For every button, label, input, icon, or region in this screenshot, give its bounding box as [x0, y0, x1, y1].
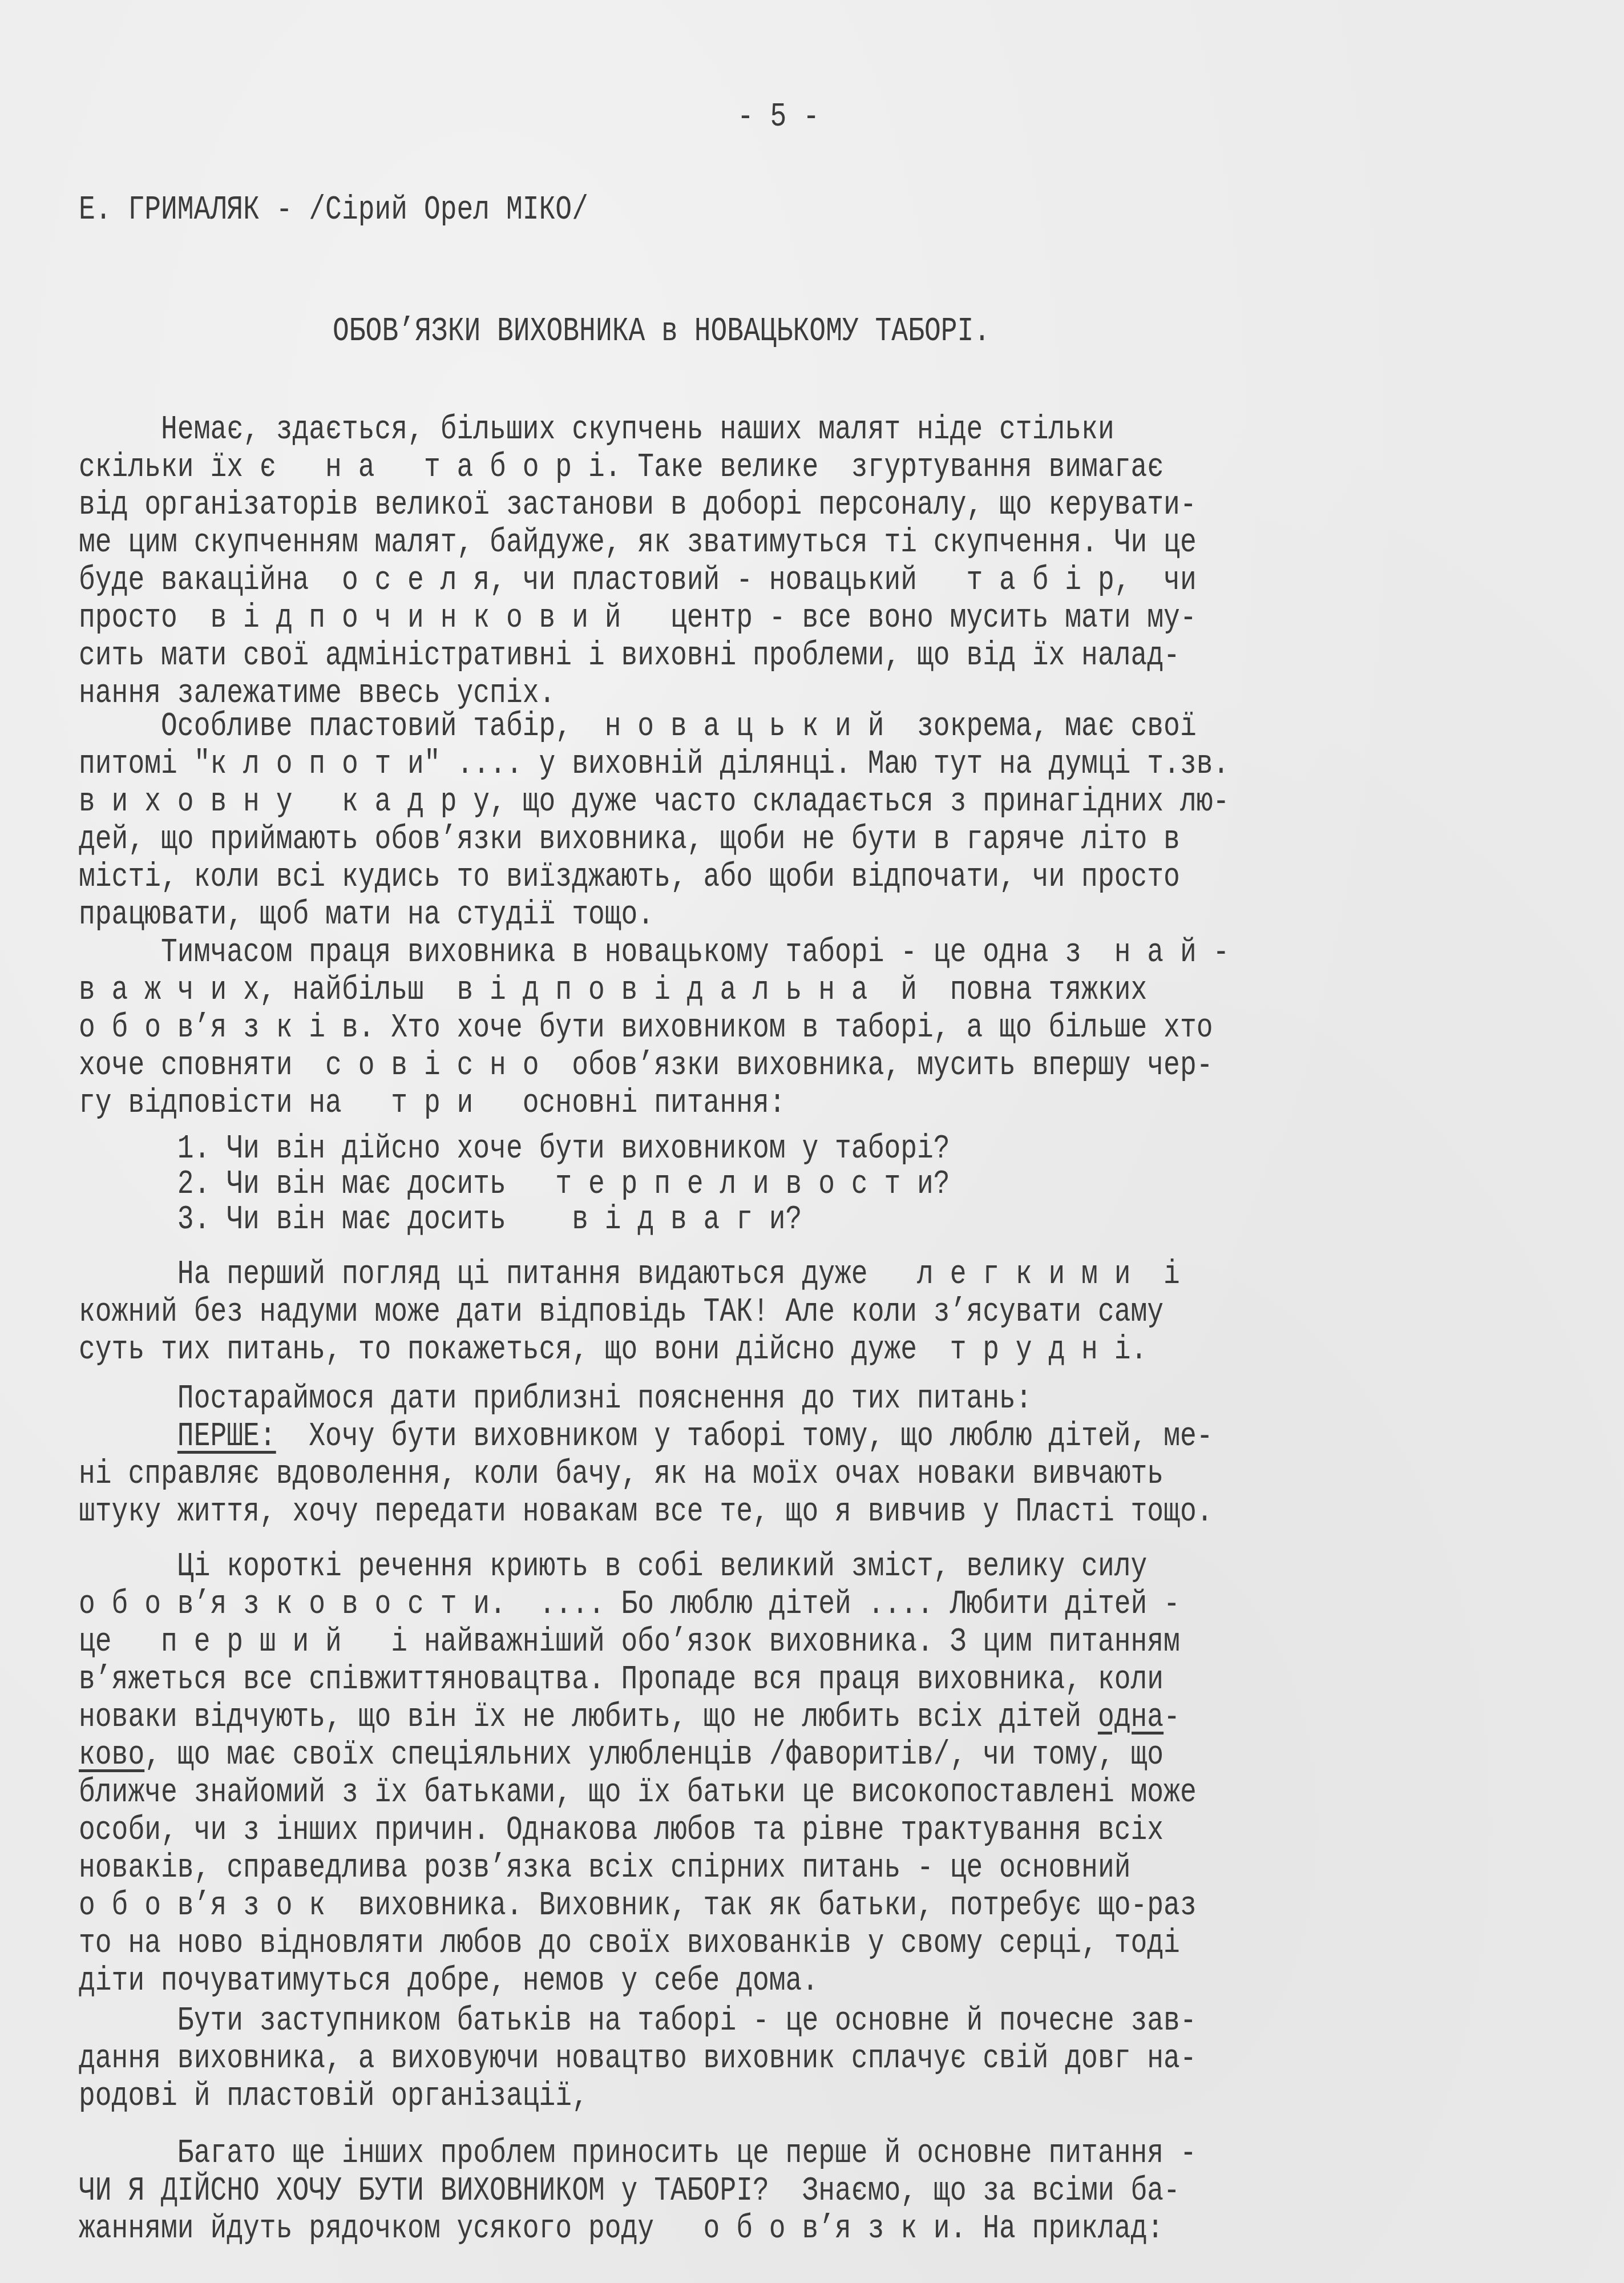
text-line: місті, коли всі кудись то виїзджають, аб…	[79, 858, 1180, 896]
text-line: просто в і д п о ч и н к о в и й центр -…	[79, 599, 1197, 637]
text-line: Постараймося дати приблизні пояснення до…	[79, 1380, 1032, 1418]
underlined-perche: ПЕРШЕ:	[177, 1417, 276, 1456]
question-item: 1. Чи він дійсно хоче бути виховником у …	[79, 1130, 950, 1168]
text-line: особи, чи з інших причин. Однакова любов…	[79, 1812, 1164, 1849]
text-line: Тимчасом праця виховника в новацькому та…	[79, 934, 1229, 971]
text-line: ме цим скупченням малят, байдуже, як зва…	[79, 524, 1197, 562]
text-line: ЧИ Я ДІЙСНО ХОЧУ БУТИ ВИХОВНИКОМ у ТАБОР…	[79, 2172, 1180, 2210]
text-line: суть тих питань, то покажеться, що вони …	[79, 1331, 1147, 1369]
text-line-perche: ПЕРШЕ: Хочу бути виховником у таборі том…	[79, 1418, 1213, 1455]
text-line: На перший погляд ці питання видаються ду…	[79, 1256, 1180, 1293]
question-item: 2. Чи він має досить т е р п е л и в о с…	[79, 1165, 950, 1203]
text-line: працювати, щоб мати на студії тощо.	[79, 896, 654, 934]
document-title: ОБОВ’ЯЗКИ ВИХОВНИКА в НОВАЦЬКОМУ ТАБОРІ.	[333, 313, 990, 350]
text-line: гу відповісти на т р и основні питання:	[79, 1084, 786, 1122]
text-line: діти почуватимуться добре, немов у себе …	[79, 1962, 818, 2000]
page-number: - 5 -	[737, 98, 819, 136]
text-line: дання виховника, а виховуючи новацтво ви…	[79, 2040, 1197, 2078]
text-line: Багато ще інших проблем приносить це пер…	[79, 2135, 1197, 2172]
text-line: Особливе пластовий табір, н о в а ц ь к …	[79, 708, 1197, 745]
text-line: о б о в’я з о к виховника. Виховник, так…	[79, 1887, 1197, 1925]
indent	[79, 1417, 177, 1456]
hyphen: -	[1164, 1698, 1180, 1737]
text-line: це п е р ш и й і найважніший обо’язок ви…	[79, 1623, 1180, 1661]
text-line: новаків, справедлива розв’язка всіх спір…	[79, 1849, 1131, 1887]
author-line: Е. ГРИМАЛЯК - /Сірий Орел МІКО/	[79, 191, 588, 229]
text-line: Ці короткі речення криють в собі великий…	[79, 1548, 1147, 1586]
perche-rest: Хочу бути виховником у таборі тому, що л…	[276, 1417, 1213, 1456]
text-line: в и х о в н у к а д р у, що дуже часто с…	[79, 783, 1229, 821]
underlined-odna: одна	[1098, 1698, 1164, 1737]
text-line: дей, що приймають обов’язки виховника, щ…	[79, 821, 1180, 858]
text-line: від організаторів великої застанови в до…	[79, 486, 1197, 524]
text-line: ні справляє вдоволення, коли бачу, як на…	[79, 1455, 1164, 1493]
text-line: родові й пластовій організації,	[79, 2078, 588, 2115]
text-line: в а ж ч и х, найбільш в і д п о в і д а …	[79, 971, 1147, 1009]
text-line: буде вакаційна о с е л я, чи пластовий -…	[79, 562, 1197, 599]
text-line: питомі "к л о п о т и" .... у виховній д…	[79, 745, 1229, 783]
text-line: Немає, здається, більших скупчень наших …	[79, 411, 1114, 449]
text-line: штуку життя, хочу передати новакам все т…	[79, 1493, 1213, 1531]
text-line-odna: новаки відчують, що він їх не любить, що…	[79, 1699, 1180, 1736]
kovo-rest: , що має своїх спеціяльних улюбленців /ф…	[144, 1736, 1164, 1774]
text-line-kovo: ково, що має своїх спеціяльних улюбленці…	[79, 1736, 1164, 1774]
typewritten-page: - 5 - Е. ГРИМАЛЯК - /Сірий Орел МІКО/ ОБ…	[0, 0, 1624, 2283]
text-line: Бути заступником батьків на таборі - це …	[79, 2002, 1197, 2040]
text-line: скільки їх є н а т а б о р і. Таке велик…	[79, 449, 1164, 486]
text-line: то на ново відновляти любов до своїх вих…	[79, 1925, 1180, 1962]
question-item: 3. Чи він має досить в і д в а г и?	[79, 1201, 802, 1239]
text-line: о б о в’я з к о в о с т и. .... Бо люблю…	[79, 1586, 1180, 1623]
text-line: ближче знайомий з їх батьками, що їх бат…	[79, 1774, 1197, 1812]
text-line: хоче сповняти с о в і с н о обов’язки ви…	[79, 1047, 1213, 1084]
text-line: кожний без надуми може дати відповідь ТА…	[79, 1293, 1164, 1331]
text-line: в’яжеться все співжиттяновацтва. Пропаде…	[79, 1661, 1164, 1699]
odna-prefix: новаки відчують, що він їх не любить, що…	[79, 1698, 1098, 1737]
underlined-kovo: ково	[79, 1736, 144, 1774]
text-line: сить мати свої адміністративні і виховні…	[79, 637, 1180, 675]
text-line: о б о в’я з к і в. Хто хоче бути виховни…	[79, 1009, 1213, 1047]
text-line: жаннями йдуть рядочком усякого роду о б …	[79, 2210, 1164, 2248]
